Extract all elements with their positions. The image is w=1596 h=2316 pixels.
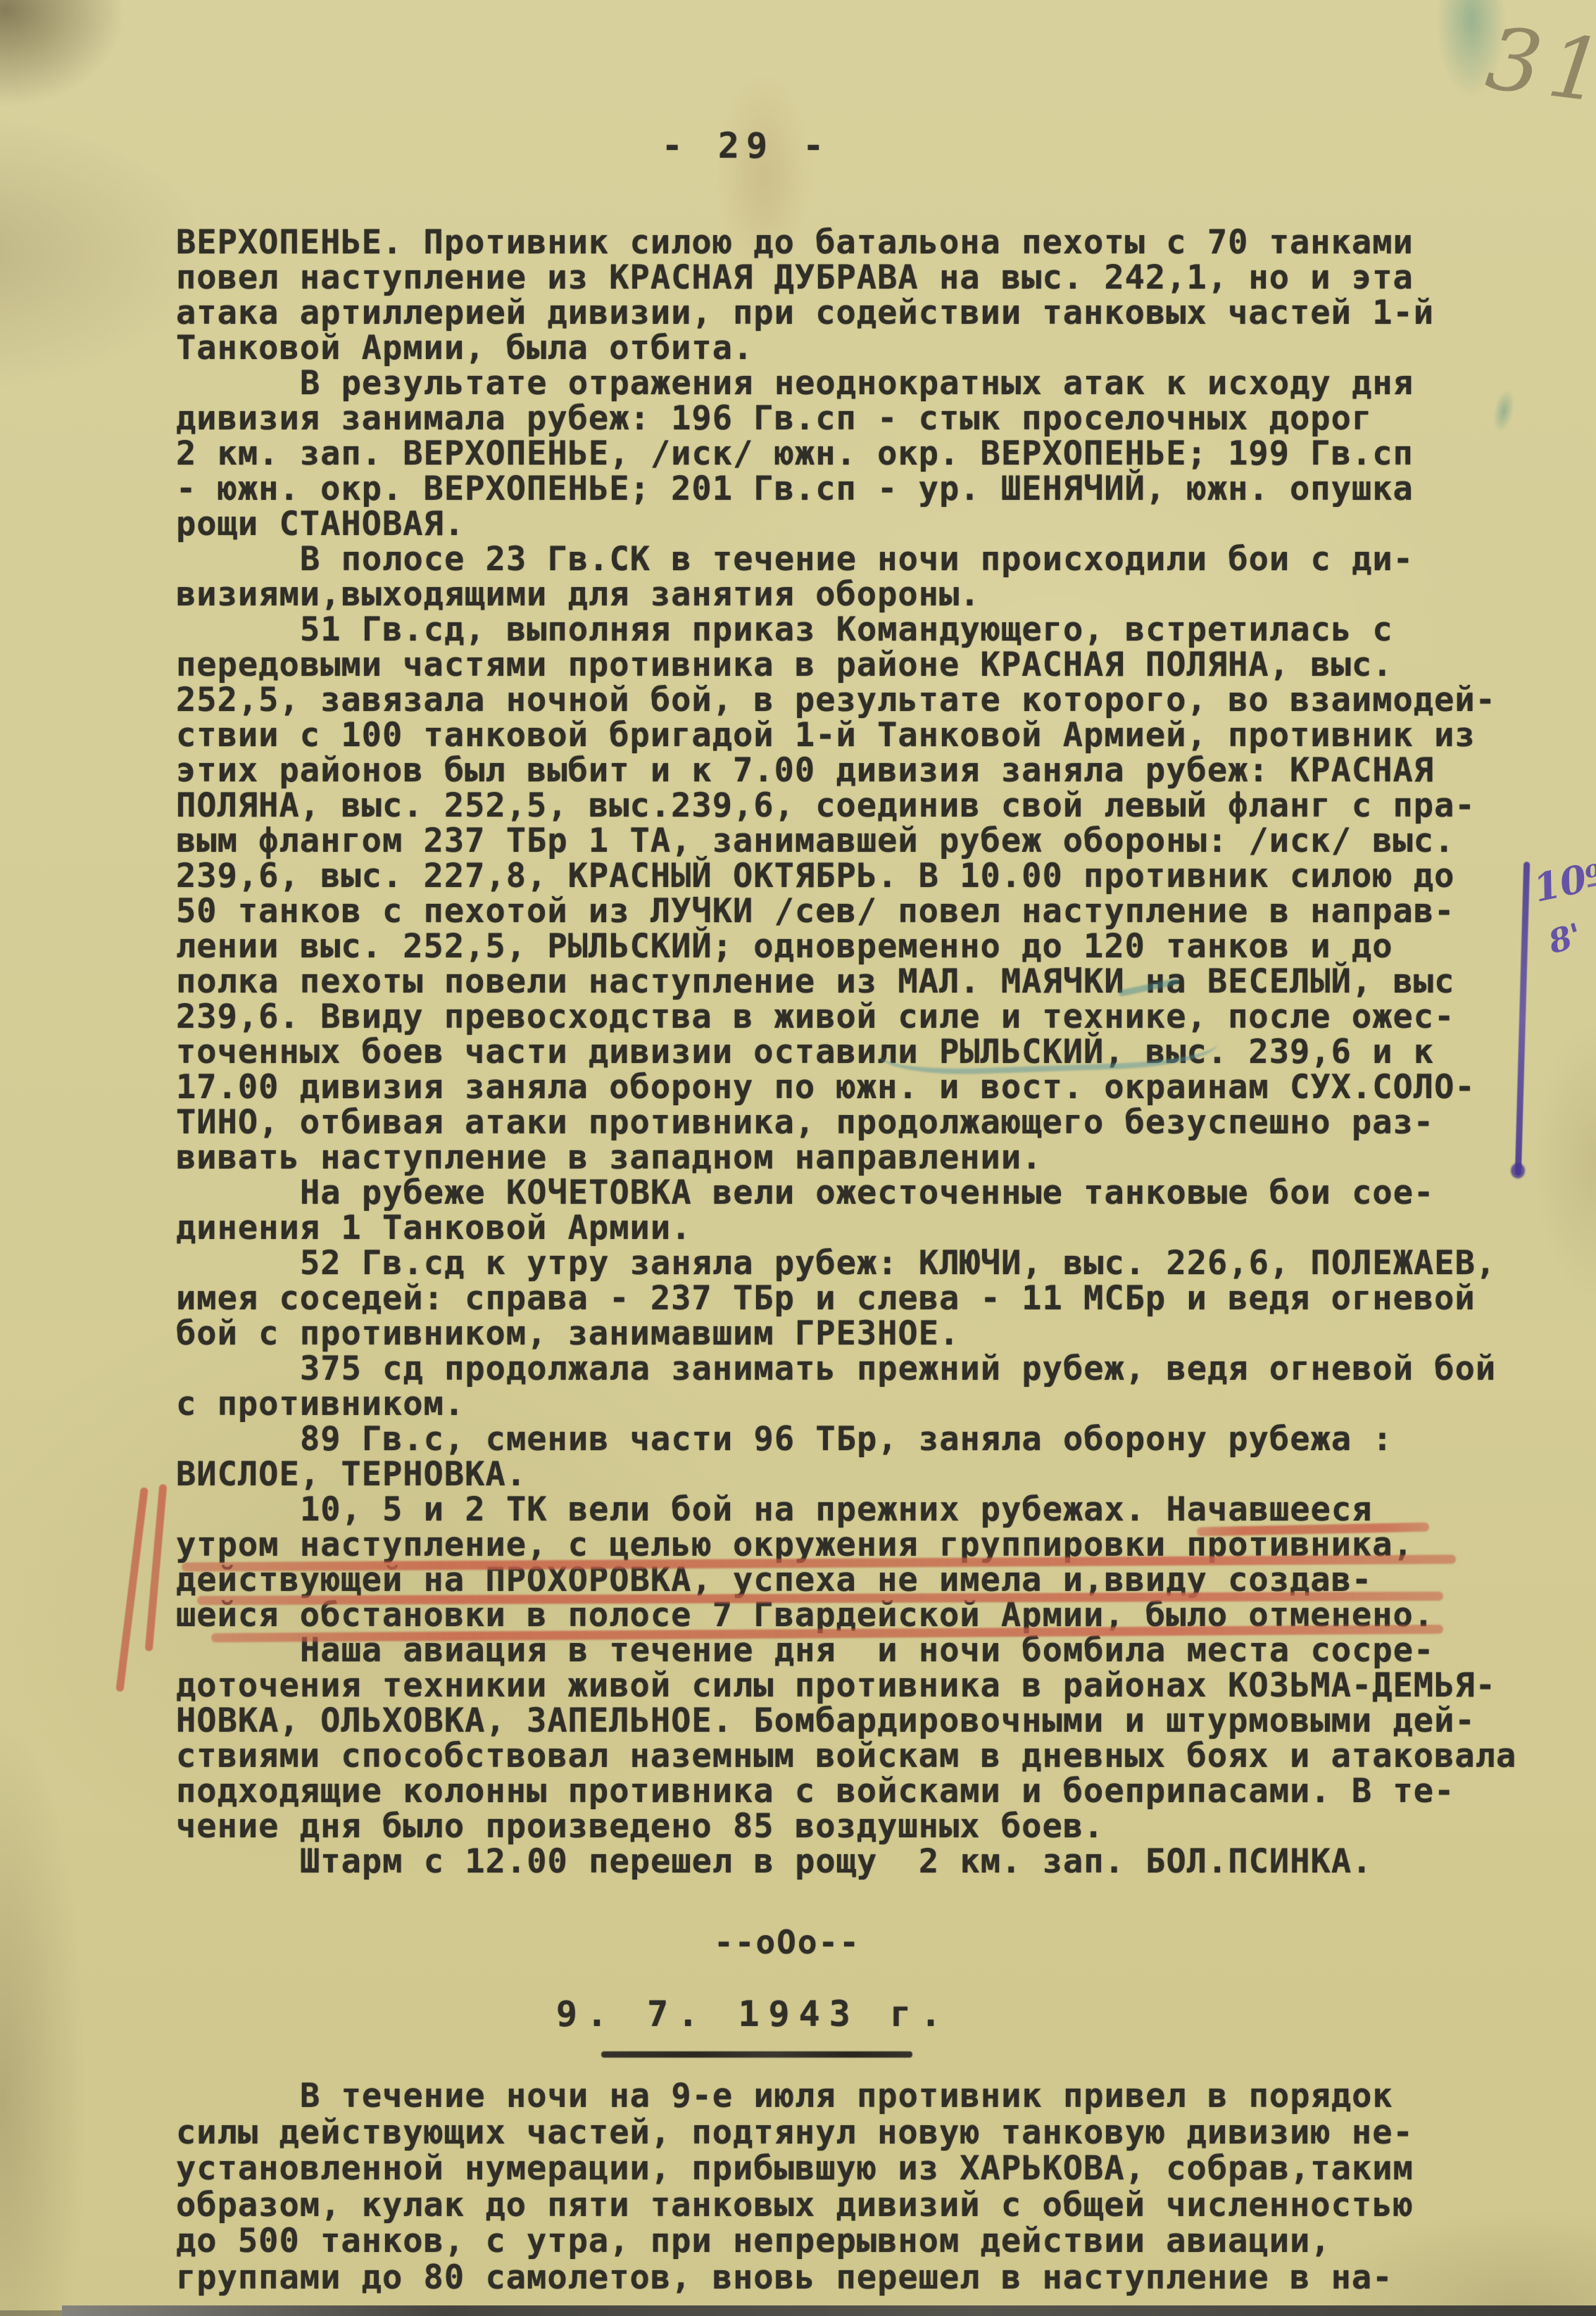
typed-line: 10, 5 и 2 ТК вели бой на прежних рубежах… xyxy=(176,1492,1556,1528)
typed-line: подходящие колонны противника с войсками… xyxy=(176,1774,1556,1809)
typed-line: Танковой Армии, была отбита. xyxy=(176,331,1556,366)
page-number: - 29 - xyxy=(0,125,1493,166)
typed-line: ПОЛЯНА, выс. 252,5, выс.239,6, соединив … xyxy=(176,788,1556,824)
typed-line: ТИНО, отбивая атаки противника, продолжа… xyxy=(176,1105,1556,1140)
typed-line: - южн. окр. ВЕРХОПЕНЬЕ; 201 Гв.сп - ур. … xyxy=(176,472,1556,507)
typed-line: 2 км. зап. ВЕРХОПЕНЬЕ, /иск/ южн. окр. В… xyxy=(176,436,1556,472)
typed-line: дивизия занимала рубеж: 196 Гв.сп - стык… xyxy=(176,401,1556,436)
handwritten-time-main: 10 xyxy=(1530,856,1591,911)
typed-line: силы действующих частей, подтянул новую … xyxy=(176,2115,1556,2151)
typed-line: вым флангом 237 ТБр 1 ТА, занимавшей руб… xyxy=(176,824,1556,859)
typed-line: Штарм с 12.00 перешел в рощу 2 км. зап. … xyxy=(176,1844,1556,1880)
typed-line: атака артиллерией дивизии, при содействи… xyxy=(176,296,1556,331)
typed-line: ствии с 100 танковой бригадой 1-й Танков… xyxy=(176,718,1556,753)
typed-line: динения 1 Танковой Армии. xyxy=(176,1211,1556,1246)
typed-line: НОВКА, ОЛЬХОВКА, ЗАПЕЛЬНОЕ. Бомбардирово… xyxy=(176,1704,1556,1739)
scan-edge-strip xyxy=(62,2305,1596,2316)
typed-line: повел наступление из КРАСНАЯ ДУБРАВА на … xyxy=(176,260,1556,296)
typed-line: передовыми частями противника в районе К… xyxy=(176,648,1556,683)
typed-line: На рубеже КОЧЕТОВКА вели ожесточенные та… xyxy=(176,1176,1556,1211)
typed-line: В полосе 23 Гв.СК в течение ночи происхо… xyxy=(176,542,1556,577)
typed-line: вивать наступление в западном направлени… xyxy=(176,1140,1556,1176)
typed-line: полка пехоты повели наступление из МАЛ. … xyxy=(176,964,1556,1000)
typed-line: 89 Гв.с, сменив части 96 ТБр, заняла обо… xyxy=(176,1422,1556,1457)
date-underline xyxy=(601,2051,912,2058)
red-margin-stroke xyxy=(145,1484,168,1651)
typed-line: 50 танков с пехотой из ЛУЧКИ /сев/ повел… xyxy=(176,894,1556,929)
typed-line: с противником. xyxy=(176,1387,1556,1422)
typed-line: образом, кулак до пяти танковых дивизий … xyxy=(176,2187,1556,2224)
typed-line: 51 Гв.сд, выполняя приказ Командующего, … xyxy=(176,612,1556,648)
typed-line: 239,6, выс. 227,8, КРАСНЫЙ ОКТЯБРЬ. В 10… xyxy=(176,859,1556,894)
typed-line: точенных боев части дивизии оставили РЫЛ… xyxy=(176,1035,1556,1070)
typed-line: 17.00 дивизия заняла оборону по южн. и в… xyxy=(176,1070,1556,1105)
typed-line: рощи СТАНОВАЯ. xyxy=(176,507,1556,542)
red-margin-stroke xyxy=(115,1487,149,1692)
footer-text-block: В течение ночи на 9-е июля противник при… xyxy=(176,2078,1556,2296)
typed-line: лении выс. 252,5, РЫЛЬСКИЙ; одновременно… xyxy=(176,929,1556,964)
typed-line: установленной нумерации, прибывшую из ХА… xyxy=(176,2151,1556,2187)
typed-line: группами до 80 самолетов, вновь перешел … xyxy=(176,2260,1556,2296)
document-page: - 29 - ВЕРХОПЕНЬЕ. Противник силою до ба… xyxy=(0,0,1596,2316)
typed-line: до 500 танков, с утра, при непрерывном д… xyxy=(176,2223,1556,2260)
pencil-corner-number: 31 xyxy=(1481,8,1596,122)
typed-line: В течение ночи на 9-е июля противник при… xyxy=(176,2078,1556,2115)
date-heading: 9. 7. 1943 г. xyxy=(0,1994,1507,2034)
typed-line: ВИСЛОЕ, ТЕРНОВКА. xyxy=(176,1457,1556,1492)
typed-line: 252,5, завязала ночной бой, в результате… xyxy=(176,683,1556,718)
typed-line: В результате отражения неоднократных ата… xyxy=(176,366,1556,401)
purple-ink-blob xyxy=(1511,1163,1525,1178)
typed-line: 375 сд продолжала занимать прежний рубеж… xyxy=(176,1352,1556,1387)
section-separator: --оОо-- xyxy=(0,1923,1574,1961)
typed-line: 52 Гв.сд к утру заняла рубеж: КЛЮЧИ, выс… xyxy=(176,1246,1556,1281)
typed-line: имея соседей: справа - 237 ТБр и слева -… xyxy=(176,1281,1556,1316)
typed-line: доточения техникии живой силы противника… xyxy=(176,1668,1556,1704)
typed-line: ствиями способствовал наземным войскам в… xyxy=(176,1739,1556,1774)
typed-line: чение дня было произведено 85 воздушных … xyxy=(176,1809,1556,1844)
typed-line: визиями,выходящими для занятия обороны. xyxy=(176,577,1556,612)
typed-line: этих районов был выбит и к 7.00 дивизия … xyxy=(176,753,1556,788)
typed-line: бой с противником, занимавшим ГРЕЗНОЕ. xyxy=(176,1316,1556,1352)
typed-line: 239,6. Ввиду превосходства в живой силе … xyxy=(176,1000,1556,1035)
scan-edge-strip-left xyxy=(0,2310,62,2316)
typed-line: ВЕРХОПЕНЬЕ. Противник силою до батальона… xyxy=(176,225,1556,260)
